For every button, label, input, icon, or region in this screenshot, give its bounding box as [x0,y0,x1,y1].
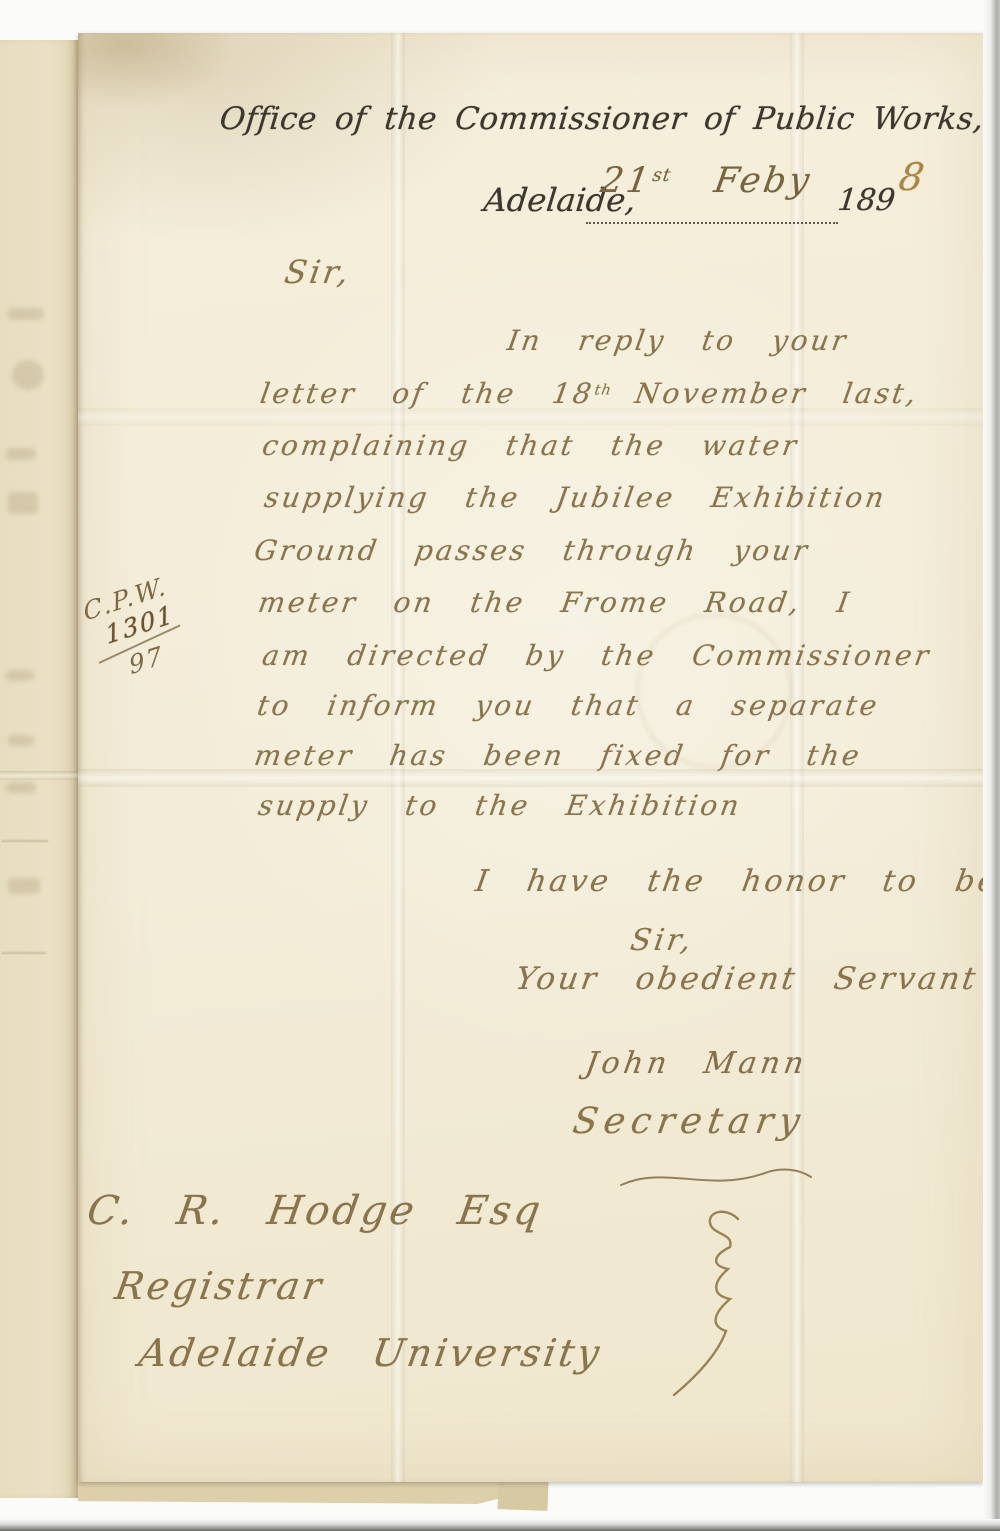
body-line-text: November last, [633,377,921,410]
ghost-text-smudge [8,878,40,894]
ghost-text-smudge [6,670,34,681]
ghost-text-smudge [6,448,36,460]
signature-name: John Mann [583,1046,810,1081]
addressee-line-3: Adelaide University [136,1331,605,1375]
closing-line-2: Sir, [628,923,696,958]
ghost-text-smudge [6,782,36,793]
signature-title: Secretary [570,1101,809,1142]
scan-edge-right [983,0,1000,1531]
body-line: complaining that the water [260,429,801,462]
body-line: supplying the Jubilee Exhibition [262,481,889,514]
addressee-line-1: C. R. Hodge Esq [84,1188,546,1234]
underlying-page-edge [0,40,78,1498]
body-line: meter on the Frome Road, I [256,586,854,619]
closing-line-1: I have the honor to be [473,864,1000,899]
scanned-letter-background: Office of the Commissioner of Public Wor… [0,0,1000,1531]
ghost-text-smudge [12,360,44,390]
handwritten-year-digit: 8 [896,155,930,199]
ghost-text-smudge [8,492,38,514]
body-line: to inform you that a separate [255,689,882,722]
body-line: In reply to your [505,324,851,357]
scan-edge-bottom [0,1519,1000,1531]
date-day-ordinal: st [651,165,673,186]
underlying-page-bottom-edge [78,1480,548,1504]
body-line: letter of the 18thNovember last, [258,377,921,410]
body-line: supply to the Exhibition [256,789,744,822]
ghost-text-smudge [8,735,34,746]
body-line: Ground passes through your [252,534,812,567]
body-line: am directed by the Commissioner [260,639,934,672]
ordinal-superscript: th [593,381,613,398]
closing-line-3: Your obedient Servant [513,961,981,997]
salutation: Sir, [282,253,354,291]
fold-crease-horizontal-upper [78,408,983,426]
body-line: meter has been fixed for the [252,739,864,772]
letter-page: Office of the Commissioner of Public Wor… [78,33,983,1482]
body-line-text: letter of the 18 [258,377,597,410]
fold-crease-underlying-page [0,771,78,780]
letterhead-printed-year-prefix: 189 [836,183,897,218]
letterhead-office-line: Office of the Commissioner of Public Wor… [218,101,962,137]
signature-underline-flourish [613,1161,823,1197]
date-day: 21 [598,161,655,201]
addressee-line-2: Registrar [112,1264,327,1308]
ghost-rule-line [2,952,46,954]
ghost-rule-line [2,840,48,842]
file-reference-note: C.P.W. 1301 97 [81,555,231,692]
underlying-page-corner-tab [497,1479,548,1511]
ghost-text-smudge [8,308,44,320]
addressee-bracket-flourish [670,1203,770,1403]
handwritten-date: 21st Feby [598,161,815,201]
date-month: Feby [711,161,815,201]
